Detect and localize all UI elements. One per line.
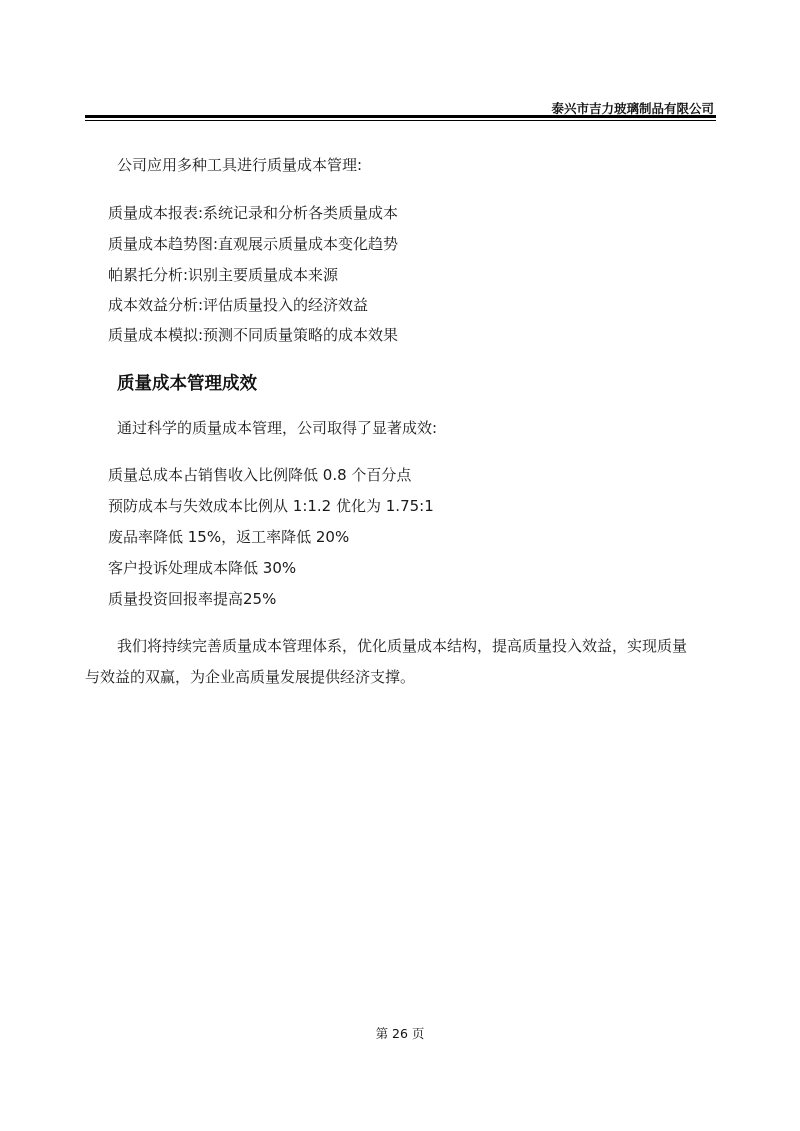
closing-paragraph-line-2: 与效益的双赢，为企业高质量发展提供经济支撑。 — [85, 667, 415, 687]
result-item-1: 质量总成本占销售收入比例降低 0.8 个百分点 — [108, 465, 411, 485]
section1-intro: 公司应用多种工具进行质量成本管理: — [117, 155, 362, 175]
result-item-2: 预防成本与失效成本比例从 1:1.2 优化为 1.75:1 — [108, 496, 434, 516]
tool-item-5: 质量成本模拟:预测不同质量策略的成本效果 — [108, 325, 398, 345]
tool-item-4: 成本效益分析:评估质量投入的经济效益 — [108, 295, 368, 315]
closing-paragraph-line-1: 我们将持续完善质量成本管理体系，优化质量成本结构，提高质量投入效益，实现质量 — [117, 636, 687, 656]
result-item-4: 客户投诉处理成本降低 30% — [108, 558, 296, 578]
header-rule-thick — [85, 115, 716, 118]
result-item-5: 质量投资回报率提高25% — [108, 589, 276, 609]
tool-item-1: 质量成本报表:系统记录和分析各类质量成本 — [108, 203, 398, 223]
page-number: 第 26 页 — [0, 1024, 800, 1042]
tool-item-3: 帕累托分析:识别主要质量成本来源 — [108, 265, 338, 285]
section2-intro: 通过科学的质量成本管理，公司取得了显著成效: — [117, 418, 437, 438]
section2-heading: 质量成本管理成效 — [117, 370, 257, 395]
tool-item-2: 质量成本趋势图:直观展示质量成本变化趋势 — [108, 234, 398, 254]
header-rule-thin — [85, 120, 716, 121]
result-item-3: 废品率降低 15%，返工率降低 20% — [108, 527, 349, 547]
